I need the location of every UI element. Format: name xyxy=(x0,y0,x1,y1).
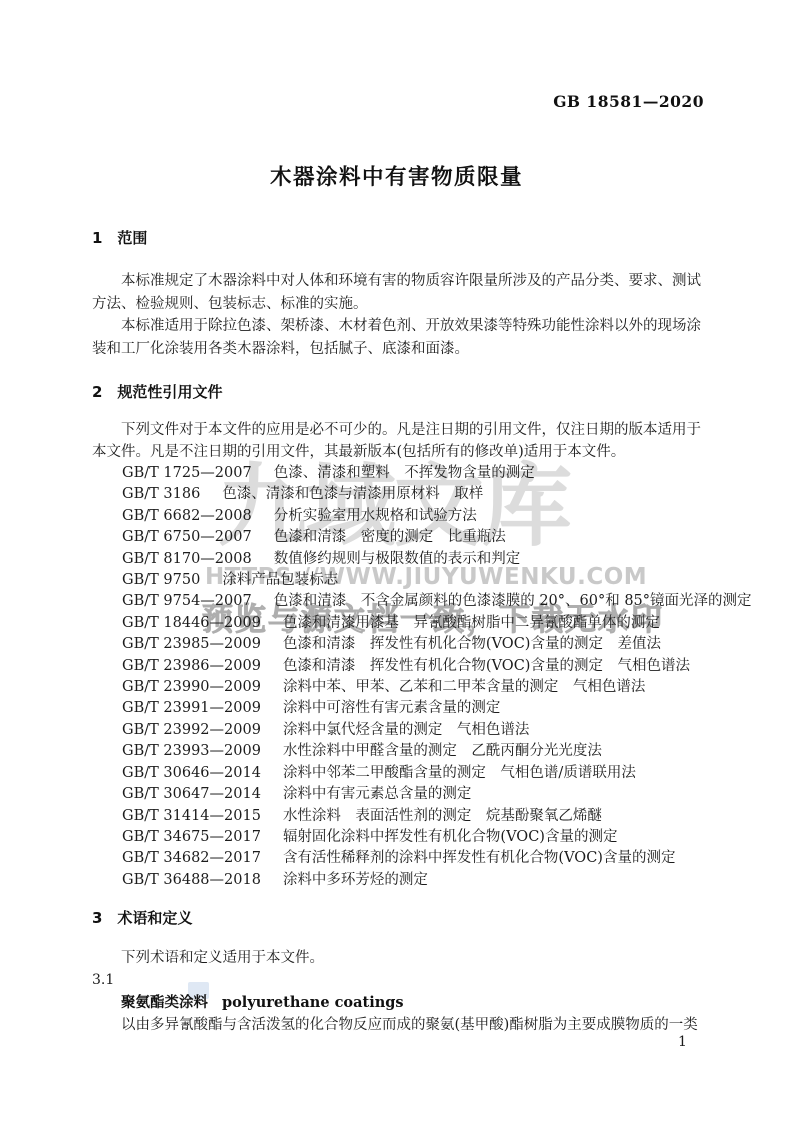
reference-code: GB/T 34682—2017 xyxy=(122,850,261,866)
reference-title: 含有活性稀释剂的涂料中挥发性有机化合物(VOC)含量的测定 xyxy=(283,850,676,866)
term-line: 聚氨酯类涂料polyurethane coatings xyxy=(121,991,701,1015)
reference-title: 涂料产品包装标志 xyxy=(222,572,338,588)
reference-title: 分析实验室用水规格和试验方法 xyxy=(274,508,477,524)
reference-code: GB/T 30647—2014 xyxy=(122,786,261,802)
reference-title: 色漆和清漆 密度的测定 比重瓶法 xyxy=(274,529,506,545)
reference-title: 色漆和清漆 挥发性有机化合物(VOC)含量的测定 气相色谱法 xyxy=(283,658,690,674)
references-list: GB/T 1725—2007色漆、清漆和塑料 不挥发物含量的测定GB/T 318… xyxy=(122,463,701,891)
term-english: polyurethane coatings xyxy=(222,994,404,1011)
reference-item: GB/T 36488—2018涂料中多环芳烃的测定 xyxy=(122,870,701,891)
term-chinese: 聚氨酯类涂料 xyxy=(121,995,208,1011)
reference-title: 辐射固化涂料中挥发性有机化合物(VOC)含量的测定 xyxy=(283,829,618,845)
reference-code: GB/T 34675—2017 xyxy=(122,829,261,845)
reference-title: 涂料中氯代烃含量的测定 气相色谱法 xyxy=(283,722,530,738)
reference-item: GB/T 8170—2008数值修约规则与极限数值的表示和判定 xyxy=(122,549,701,570)
section-2-heading: 2 规范性引用文件 xyxy=(92,382,701,402)
reference-title: 色漆、清漆和塑料 不挥发物含量的测定 xyxy=(274,465,535,481)
reference-title: 色漆和清漆 挥发性有机化合物(VOC)含量的测定 差值法 xyxy=(283,636,661,652)
section-1-paragraph: 本标准规定了木器涂料中对人体和环境有害的物质容许限量所涉及的产品分类、要求、测试… xyxy=(92,270,701,315)
document-body: 1 范围 本标准规定了木器涂料中对人体和环境有害的物质容许限量所涉及的产品分类、… xyxy=(0,228,793,1036)
reference-title: 涂料中可溶性有害元素含量的测定 xyxy=(283,700,501,716)
reference-title: 涂料中多环芳烃的测定 xyxy=(283,872,428,888)
reference-code: GB/T 18446—2009 xyxy=(122,615,261,631)
reference-title: 涂料中有害元素总含量的测定 xyxy=(283,786,472,802)
reference-code: GB/T 9750 xyxy=(122,572,200,588)
section-3-intro: 下列术语和定义适用于本文件。 xyxy=(92,948,701,970)
reference-item: GB/T 6682—2008分析实验室用水规格和试验方法 xyxy=(122,506,701,527)
page-number: 1 xyxy=(678,1034,687,1050)
reference-code: GB/T 6682—2008 xyxy=(122,508,252,524)
page-title: 木器涂料中有害物质限量 xyxy=(0,160,793,191)
document-page: 九域文库 HTTPS://WWW.JIUYUWENKU.COM 预览与源文档一致… xyxy=(0,0,793,1122)
reference-item: GB/T 23986—2009色漆和清漆 挥发性有机化合物(VOC)含量的测定 … xyxy=(122,656,701,677)
reference-item: GB/T 23993—2009水性涂料中甲醛含量的测定 乙酰丙酮分光光度法 xyxy=(122,741,701,762)
reference-title: 色漆和清漆用漆基 异氰酸酯树脂中二异氰酸酯单体的测定 xyxy=(283,615,660,631)
reference-item: GB/T 9750涂料产品包装标志 xyxy=(122,570,701,591)
reference-code: GB/T 9754—2007 xyxy=(122,593,252,609)
reference-code: GB/T 36488—2018 xyxy=(122,872,261,888)
reference-item: GB/T 1725—2007色漆、清漆和塑料 不挥发物含量的测定 xyxy=(122,463,701,484)
reference-item: GB/T 30646—2014涂料中邻苯二甲酸酯含量的测定 气相色谱/质谱联用法 xyxy=(122,763,701,784)
reference-item: GB/T 18446—2009色漆和清漆用漆基 异氰酸酯树脂中二异氰酸酯单体的测… xyxy=(122,613,701,634)
standard-code: GB 18581—2020 xyxy=(553,92,704,111)
reference-item: GB/T 6750—2007色漆和清漆 密度的测定 比重瓶法 xyxy=(122,527,701,548)
reference-item: GB/T 23992—2009涂料中氯代烃含量的测定 气相色谱法 xyxy=(122,720,701,741)
reference-item: GB/T 31414—2015水性涂料 表面活性剂的测定 烷基酚聚氧乙烯醚 xyxy=(122,806,701,827)
reference-item: GB/T 23990—2009涂料中苯、甲苯、乙苯和二甲苯含量的测定 气相色谱法 xyxy=(122,677,701,698)
reference-code: GB/T 6750—2007 xyxy=(122,529,252,545)
reference-title: 色漆和清漆 不含金属颜料的色漆漆膜的 20°、60°和 85°镜面光泽的测定 xyxy=(274,593,752,609)
reference-code: GB/T 23991—2009 xyxy=(122,700,261,716)
reference-title: 色漆、清漆和色漆与清漆用原材料 取样 xyxy=(222,486,483,502)
reference-code: GB/T 3186 xyxy=(122,486,200,502)
reference-code: GB/T 23986—2009 xyxy=(122,658,261,674)
reference-code: GB/T 23990—2009 xyxy=(122,679,261,695)
reference-item: GB/T 34682—2017含有活性稀释剂的涂料中挥发性有机化合物(VOC)含… xyxy=(122,848,701,869)
reference-code: GB/T 30646—2014 xyxy=(122,765,261,781)
reference-item: GB/T 34675—2017辐射固化涂料中挥发性有机化合物(VOC)含量的测定 xyxy=(122,827,701,848)
reference-title: 涂料中邻苯二甲酸酯含量的测定 气相色谱/质谱联用法 xyxy=(283,765,636,781)
reference-item: GB/T 23985—2009色漆和清漆 挥发性有机化合物(VOC)含量的测定 … xyxy=(122,634,701,655)
section-3-heading: 3 术语和定义 xyxy=(92,908,701,928)
reference-title: 涂料中苯、甲苯、乙苯和二甲苯含量的测定 气相色谱法 xyxy=(283,679,646,695)
reference-title: 水性涂料 表面活性剂的测定 烷基酚聚氧乙烯醚 xyxy=(283,808,602,824)
section-1-paragraph: 本标准适用于除拉色漆、架桥漆、木材着色剂、开放效果漆等特殊功能性涂料以外的现场涂… xyxy=(92,315,701,360)
reference-item: GB/T 23991—2009涂料中可溶性有害元素含量的测定 xyxy=(122,698,701,719)
reference-code: GB/T 23992—2009 xyxy=(122,722,261,738)
reference-code: GB/T 23993—2009 xyxy=(122,743,261,759)
reference-item: GB/T 9754—2007色漆和清漆 不含金属颜料的色漆漆膜的 20°、60°… xyxy=(122,591,701,612)
reference-code: GB/T 1725—2007 xyxy=(122,465,252,481)
term-definition: 以由多异氰酸酯与含活泼氢的化合物反应而成的聚氨(基甲酸)酯树脂为主要成膜物质的一… xyxy=(92,1015,701,1037)
reference-item: GB/T 3186色漆、清漆和色漆与清漆用原材料 取样 xyxy=(122,484,701,505)
reference-item: GB/T 30647—2014涂料中有害元素总含量的测定 xyxy=(122,784,701,805)
section-1-heading: 1 范围 xyxy=(92,228,701,248)
clause-number: 3.1 xyxy=(92,970,701,992)
reference-code: GB/T 31414—2015 xyxy=(122,808,261,824)
reference-code: GB/T 23985—2009 xyxy=(122,636,261,652)
reference-code: GB/T 8170—2008 xyxy=(122,551,252,567)
reference-title: 水性涂料中甲醛含量的测定 乙酰丙酮分光光度法 xyxy=(283,743,602,759)
reference-title: 数值修约规则与极限数值的表示和判定 xyxy=(274,551,521,567)
section-2-intro: 下列文件对于本文件的应用是必不可少的。凡是注日期的引用文件，仅注日期的版本适用于… xyxy=(92,420,701,463)
